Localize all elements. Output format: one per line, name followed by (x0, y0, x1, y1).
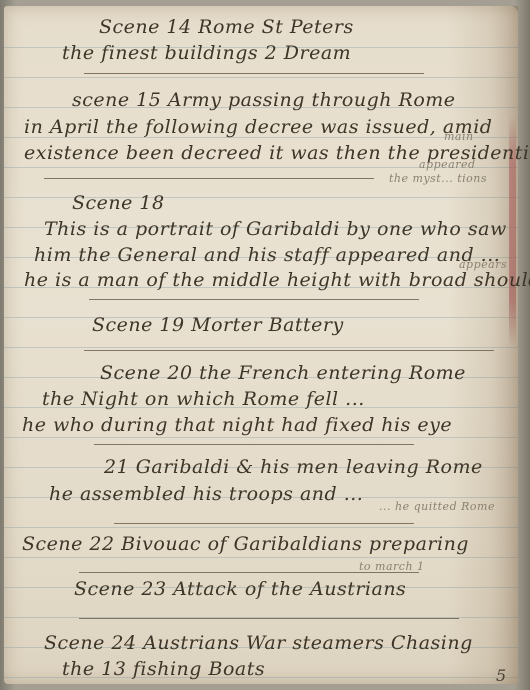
scene-14-title: Scene 14 Rome St Peters (99, 16, 354, 38)
divider-rule (79, 572, 419, 573)
scene-20-line-3: he who during that night had fixed his e… (22, 414, 452, 436)
divider-rule (89, 299, 419, 300)
divider-rule (79, 618, 459, 619)
scene-18-line-2: him the General and his staff appeared a… (34, 244, 500, 266)
scene-15-line-2: in April the following decree was issued… (24, 116, 492, 138)
scene-15-line-1: scene 15 Army passing through Rome (72, 89, 456, 111)
scene-24-line-2: the 13 fishing Boats (62, 658, 265, 680)
divider-rule (94, 444, 414, 445)
manuscript-page: Scene 14 Rome St Peters the finest build… (4, 6, 518, 684)
scene-21-insert: ... he quitted Rome (379, 500, 495, 513)
scene-18-title: Scene 18 (72, 192, 165, 214)
scene-24-line-1: Scene 24 Austrians War steamers Chasing (44, 632, 473, 654)
scene-15-insert-1: main (444, 130, 474, 143)
scene-22-line-1: Scene 22 Bivouac of Garibaldians prepari… (22, 533, 469, 555)
scene-15-insert-2: appeared (419, 158, 476, 171)
page-number: 5 (496, 666, 506, 685)
scene-20-line-2: the Night on which Rome fell ... (42, 388, 365, 410)
scene-21-line-1: 21 Garibaldi & his men leaving Rome (104, 456, 483, 478)
divider-rule (44, 178, 374, 179)
divider-rule (84, 73, 424, 74)
scene-20-line-1: Scene 20 the French entering Rome (100, 362, 466, 384)
scene-18-line-1: This is a portrait of Garibaldi by one w… (44, 218, 507, 240)
scene-23-line-1: Scene 23 Attack of the Austrians (74, 578, 406, 600)
scene-14-subtitle: the finest buildings 2 Dream (62, 42, 351, 64)
scene-15-insert-3: the myst... tions (389, 172, 487, 185)
scene-18-line-3: he is a man of the middle height with br… (24, 269, 530, 291)
edge-stain (448, 6, 518, 684)
divider-rule (84, 350, 494, 351)
divider-rule (114, 523, 414, 524)
scene-21-line-2: he assembled his troops and ... (49, 483, 363, 505)
scene-19-title: Scene 19 Morter Battery (92, 314, 344, 336)
